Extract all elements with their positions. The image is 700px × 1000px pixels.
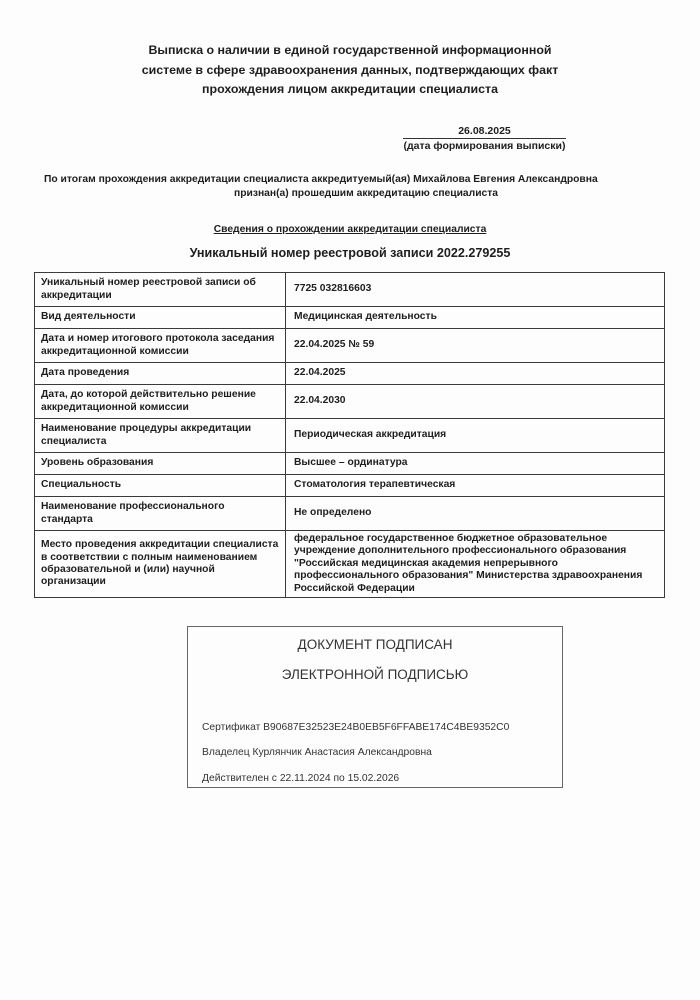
electronic-signature-stamp: ДОКУМЕНТ ПОДПИСАН ЭЛЕКТРОННОЙ ПОДПИСЬЮ С…: [187, 626, 563, 788]
stamp-heading: ДОКУМЕНТ ПОДПИСАН: [188, 637, 562, 652]
row-value: 22.04.2025: [286, 363, 665, 385]
certificate-validity: Действителен с 22.11.2024 по 15.02.2026: [202, 773, 399, 784]
row-label: Дата проведения: [35, 363, 286, 385]
row-value: Периодическая аккредитация: [286, 419, 665, 453]
issue-date: 26.08.2025: [403, 125, 566, 139]
row-value: Стоматология терапевтическая: [286, 475, 665, 497]
issue-date-block: 26.08.2025 (дата формирования выписки): [403, 125, 566, 152]
row-value: Не определено: [286, 497, 665, 531]
issue-date-caption: (дата формирования выписки): [403, 139, 566, 152]
table-row: Вид деятельностиМедицинская деятельность: [35, 307, 665, 329]
row-value: Высшее – ординатура: [286, 453, 665, 475]
certificate-number: Сертификат B90687E32523E24B0EB5F6FFABE17…: [202, 722, 509, 733]
intro-text: По итогам прохождения аккредитации специ…: [44, 173, 664, 201]
table-row: Уровень образованияВысшее – ординатура: [35, 453, 665, 475]
table-row: СпециальностьСтоматология терапевтическа…: [35, 475, 665, 497]
certificate-owner: Владелец Курлянчик Анастасия Александров…: [202, 747, 432, 758]
row-label: Дата и номер итогового протокола заседан…: [35, 329, 286, 363]
table-row: Наименование профессионального стандарта…: [35, 497, 665, 531]
row-label: Вид деятельности: [35, 307, 286, 329]
row-label: Наименование профессионального стандарта: [35, 497, 286, 531]
table-row: Уникальный номер реестровой записи об ак…: [35, 273, 665, 307]
row-value: 22.04.2025 № 59: [286, 329, 665, 363]
row-label: Уникальный номер реестровой записи об ак…: [35, 273, 286, 307]
row-value: 7725 032816603: [286, 273, 665, 307]
row-value: федеральное государственное бюджетное об…: [286, 531, 665, 598]
title-line: прохождения лицом аккредитации специалис…: [100, 80, 600, 100]
table-row: Наименование процедуры аккредитации спец…: [35, 419, 665, 453]
row-label: Место проведения аккредитации специалист…: [35, 531, 286, 598]
document-title: Выписка о наличии в единой государственн…: [100, 41, 600, 100]
table-row: Дата проведения22.04.2025: [35, 363, 665, 385]
row-value: Медицинская деятельность: [286, 307, 665, 329]
row-label: Дата, до которой действительно решение а…: [35, 385, 286, 419]
row-value: 22.04.2030: [286, 385, 665, 419]
row-label: Уровень образования: [35, 453, 286, 475]
stamp-heading: ЭЛЕКТРОННОЙ ПОДПИСЬЮ: [188, 667, 562, 682]
table-row: Дата и номер итогового протокола заседан…: [35, 329, 665, 363]
accreditation-info-table: Уникальный номер реестровой записи об ак…: [34, 272, 665, 598]
table-row: Дата, до которой действительно решение а…: [35, 385, 665, 419]
record-number-title: Уникальный номер реестровой записи 2022.…: [0, 246, 700, 260]
row-label: Специальность: [35, 475, 286, 497]
intro-line: По итогам прохождения аккредитации специ…: [44, 173, 664, 187]
title-line: Выписка о наличии в единой государственн…: [100, 41, 600, 61]
section-title: Сведения о прохождении аккредитации спец…: [0, 224, 700, 235]
row-label: Наименование процедуры аккредитации спец…: [35, 419, 286, 453]
title-line: системе в сфере здравоохранения данных, …: [100, 61, 600, 81]
table-row: Место проведения аккредитации специалист…: [35, 531, 665, 598]
intro-line: признан(а) прошедшим аккредитацию специа…: [44, 187, 664, 201]
